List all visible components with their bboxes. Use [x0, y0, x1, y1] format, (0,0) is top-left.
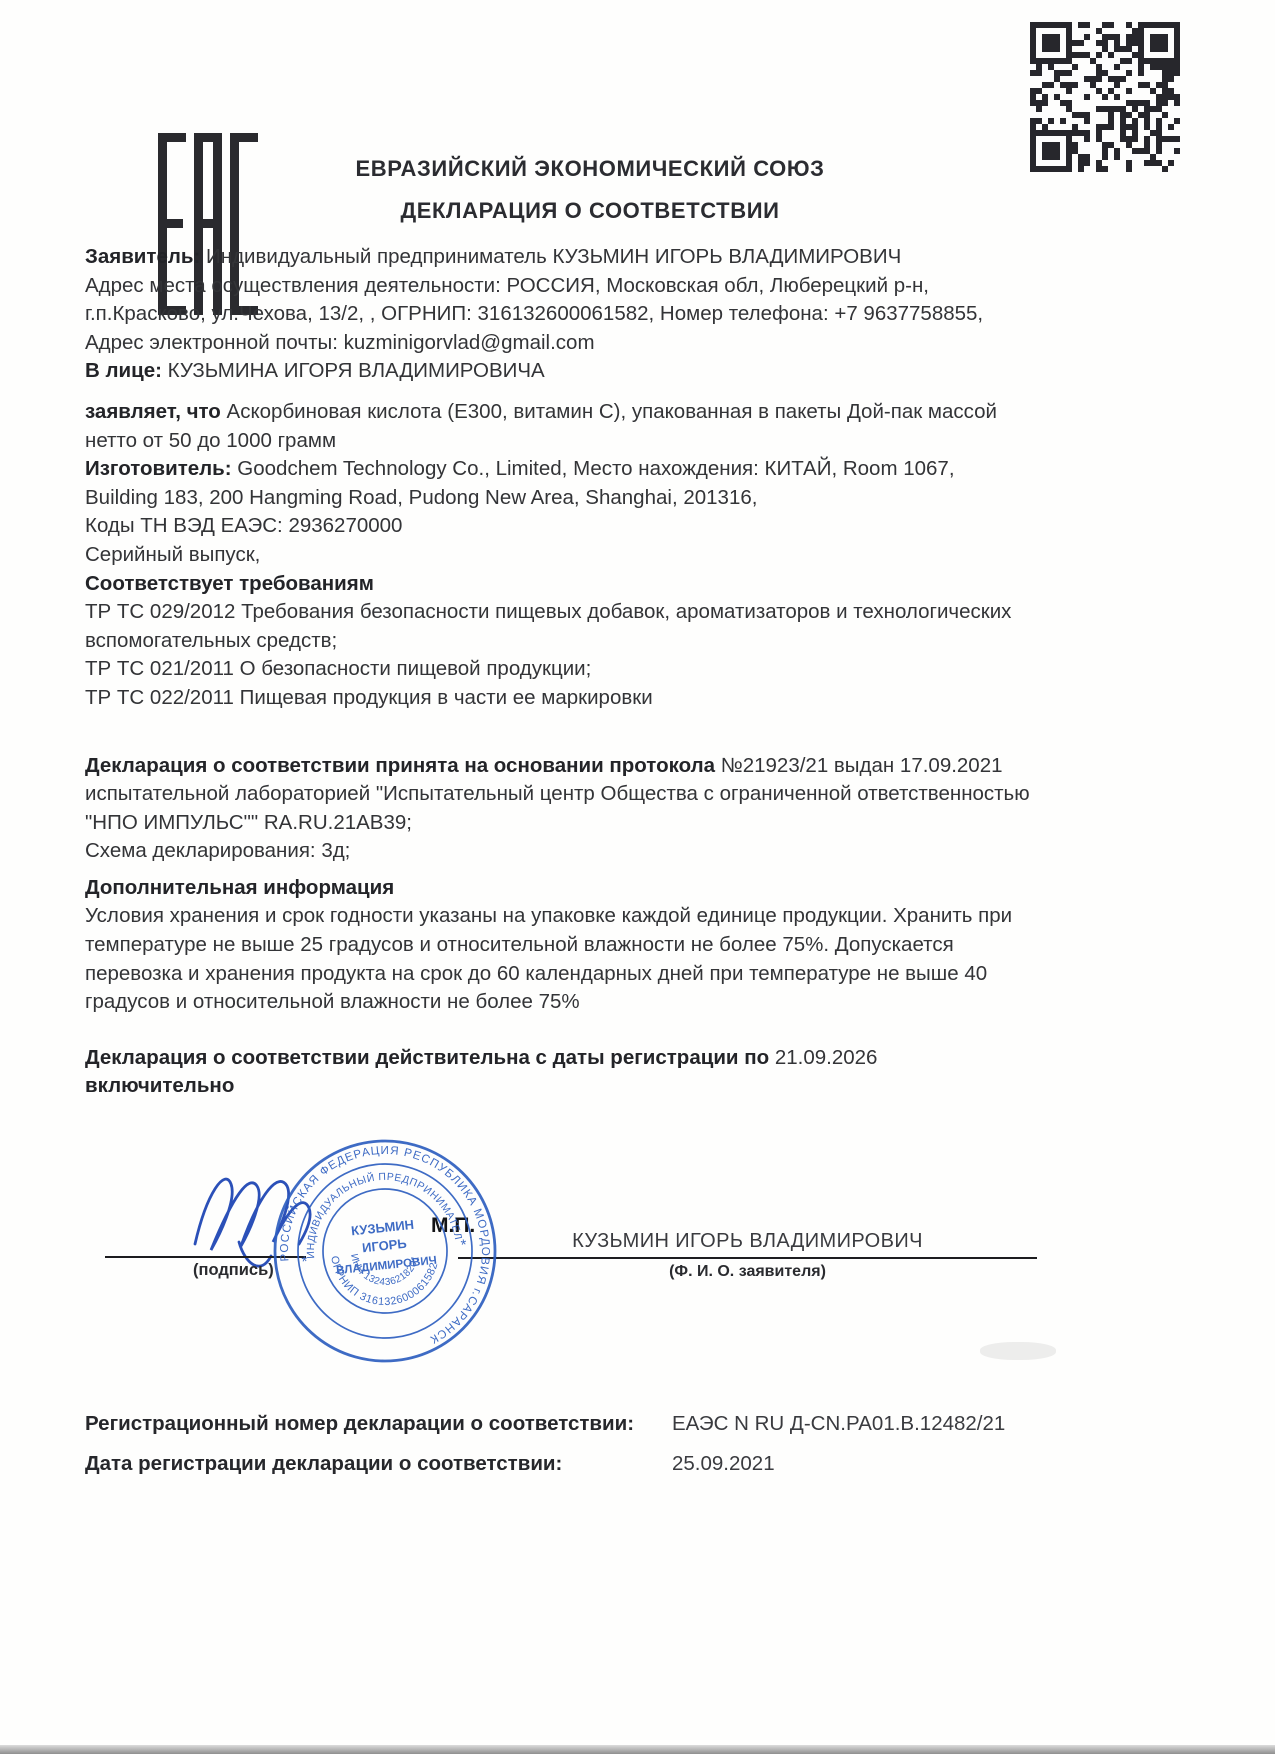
- text-line: вспомогательных средств;: [85, 627, 1000, 656]
- declaration-document: ЕВРАЗИЙСКИЙ ЭКОНОМИЧЕСКИЙ СОЮЗ ДЕКЛАРАЦИ…: [0, 0, 1275, 1754]
- document-body: Заявитель: Индивидуальный предпринимател…: [85, 243, 1000, 1101]
- text-line: Декларация о соответствии действительна …: [85, 1044, 1000, 1073]
- scan-smudge: [980, 1342, 1056, 1360]
- fullname-line: [458, 1257, 1037, 1259]
- scan-edge-artifact: [0, 1745, 1275, 1754]
- document-title: ДЕКЛАРАЦИЯ О СООТВЕТСТВИИ: [0, 198, 1180, 224]
- stamp-star-right: *: [460, 1236, 468, 1254]
- text-line: включительно: [85, 1072, 1000, 1101]
- text-line: перевозка и хранения продукта на срок до…: [85, 960, 1000, 989]
- round-stamp-seal: РОССИЙСКАЯ ФЕДЕРАЦИЯ РЕСПУБЛИКА МОРДОВИЯ…: [255, 1121, 514, 1380]
- registration-date-label: Дата регистрации декларации о соответств…: [85, 1452, 672, 1476]
- text-line: Соответствует требованиям: [85, 570, 1000, 599]
- text-line: В лице: КУЗЬМИНА ИГОРЯ ВЛАДИМИРОВИЧА: [85, 357, 1000, 386]
- text-line: ТР ТС 022/2011 Пищевая продукция в части…: [85, 684, 1000, 713]
- text-line: Адрес места осуществления деятельности: …: [85, 272, 1000, 301]
- additional-info-paragraph: Дополнительная информацияУсловия хранени…: [85, 874, 1000, 1017]
- registration-number-value: ЕАЭС N RU Д-CN.РА01.В.12482/21: [672, 1412, 1005, 1436]
- text-line: Адрес электронной почты: kuzminigorvlad@…: [85, 329, 1000, 358]
- product-paragraph: заявляет, что Аскорбиновая кислота (Е300…: [85, 398, 1000, 713]
- qr-code-icon: [1030, 22, 1180, 172]
- fullname-caption: (Ф. И. О. заявителя): [458, 1263, 1037, 1281]
- signature-caption: (подпись): [193, 1261, 274, 1280]
- text-line: Коды ТН ВЭД ЕАЭС: 2936270000: [85, 512, 1000, 541]
- text-line: Building 183, 200 Hangming Road, Pudong …: [85, 484, 1000, 513]
- text-line: ТР ТС 029/2012 Требования безопасности п…: [85, 598, 1000, 627]
- text-line: Схема декларирования: 3д;: [85, 837, 1000, 866]
- text-line: испытательной лабораторией "Испытательны…: [85, 780, 1000, 809]
- registration-date-value: 25.09.2021: [672, 1452, 775, 1476]
- applicant-paragraph: Заявитель: Индивидуальный предпринимател…: [85, 243, 1000, 386]
- text-line: градусов и относительной влажности не бо…: [85, 988, 1000, 1017]
- text-line: Дополнительная информация: [85, 874, 1000, 903]
- text-line: заявляет, что Аскорбиновая кислота (Е300…: [85, 398, 1000, 427]
- text-line: температуре не выше 25 градусов и относи…: [85, 931, 1000, 960]
- registration-number-label: Регистрационный номер декларации о соотв…: [85, 1412, 672, 1436]
- text-line: Изготовитель: Goodchem Technology Co., L…: [85, 455, 1000, 484]
- text-line: ТР ТС 021/2011 О безопасности пищевой пр…: [85, 655, 1000, 684]
- text-line: Заявитель: Индивидуальный предпринимател…: [85, 243, 1000, 272]
- text-line: Декларация о соответствии принята на осн…: [85, 752, 1000, 781]
- text-line: нетто от 50 до 1000 грамм: [85, 427, 1000, 456]
- text-line: "НПО ИМПУЛЬС"" RA.RU.21АВ39;: [85, 809, 1000, 838]
- applicant-fullname: КУЗЬМИН ИГОРЬ ВЛАДИМИРОВИЧ: [458, 1230, 1037, 1253]
- registration-date-row: Дата регистрации декларации о соответств…: [85, 1452, 775, 1476]
- stamp-name-line2: ИГОРЬ: [361, 1236, 407, 1256]
- text-line: Серийный выпуск,: [85, 541, 1000, 570]
- validity-paragraph: Декларация о соответствии действительна …: [85, 1044, 1000, 1101]
- text-line: г.п.Красково, ул.Чехова, 13/2, , ОГРНИП:…: [85, 300, 1000, 329]
- basis-paragraph: Декларация о соответствии принята на осн…: [85, 752, 1000, 866]
- registration-number-row: Регистрационный номер декларации о соотв…: [85, 1412, 1005, 1436]
- text-line: Условия хранения и срок годности указаны…: [85, 902, 1000, 931]
- union-title: ЕВРАЗИЙСКИЙ ЭКОНОМИЧЕСКИЙ СОЮЗ: [0, 156, 1180, 182]
